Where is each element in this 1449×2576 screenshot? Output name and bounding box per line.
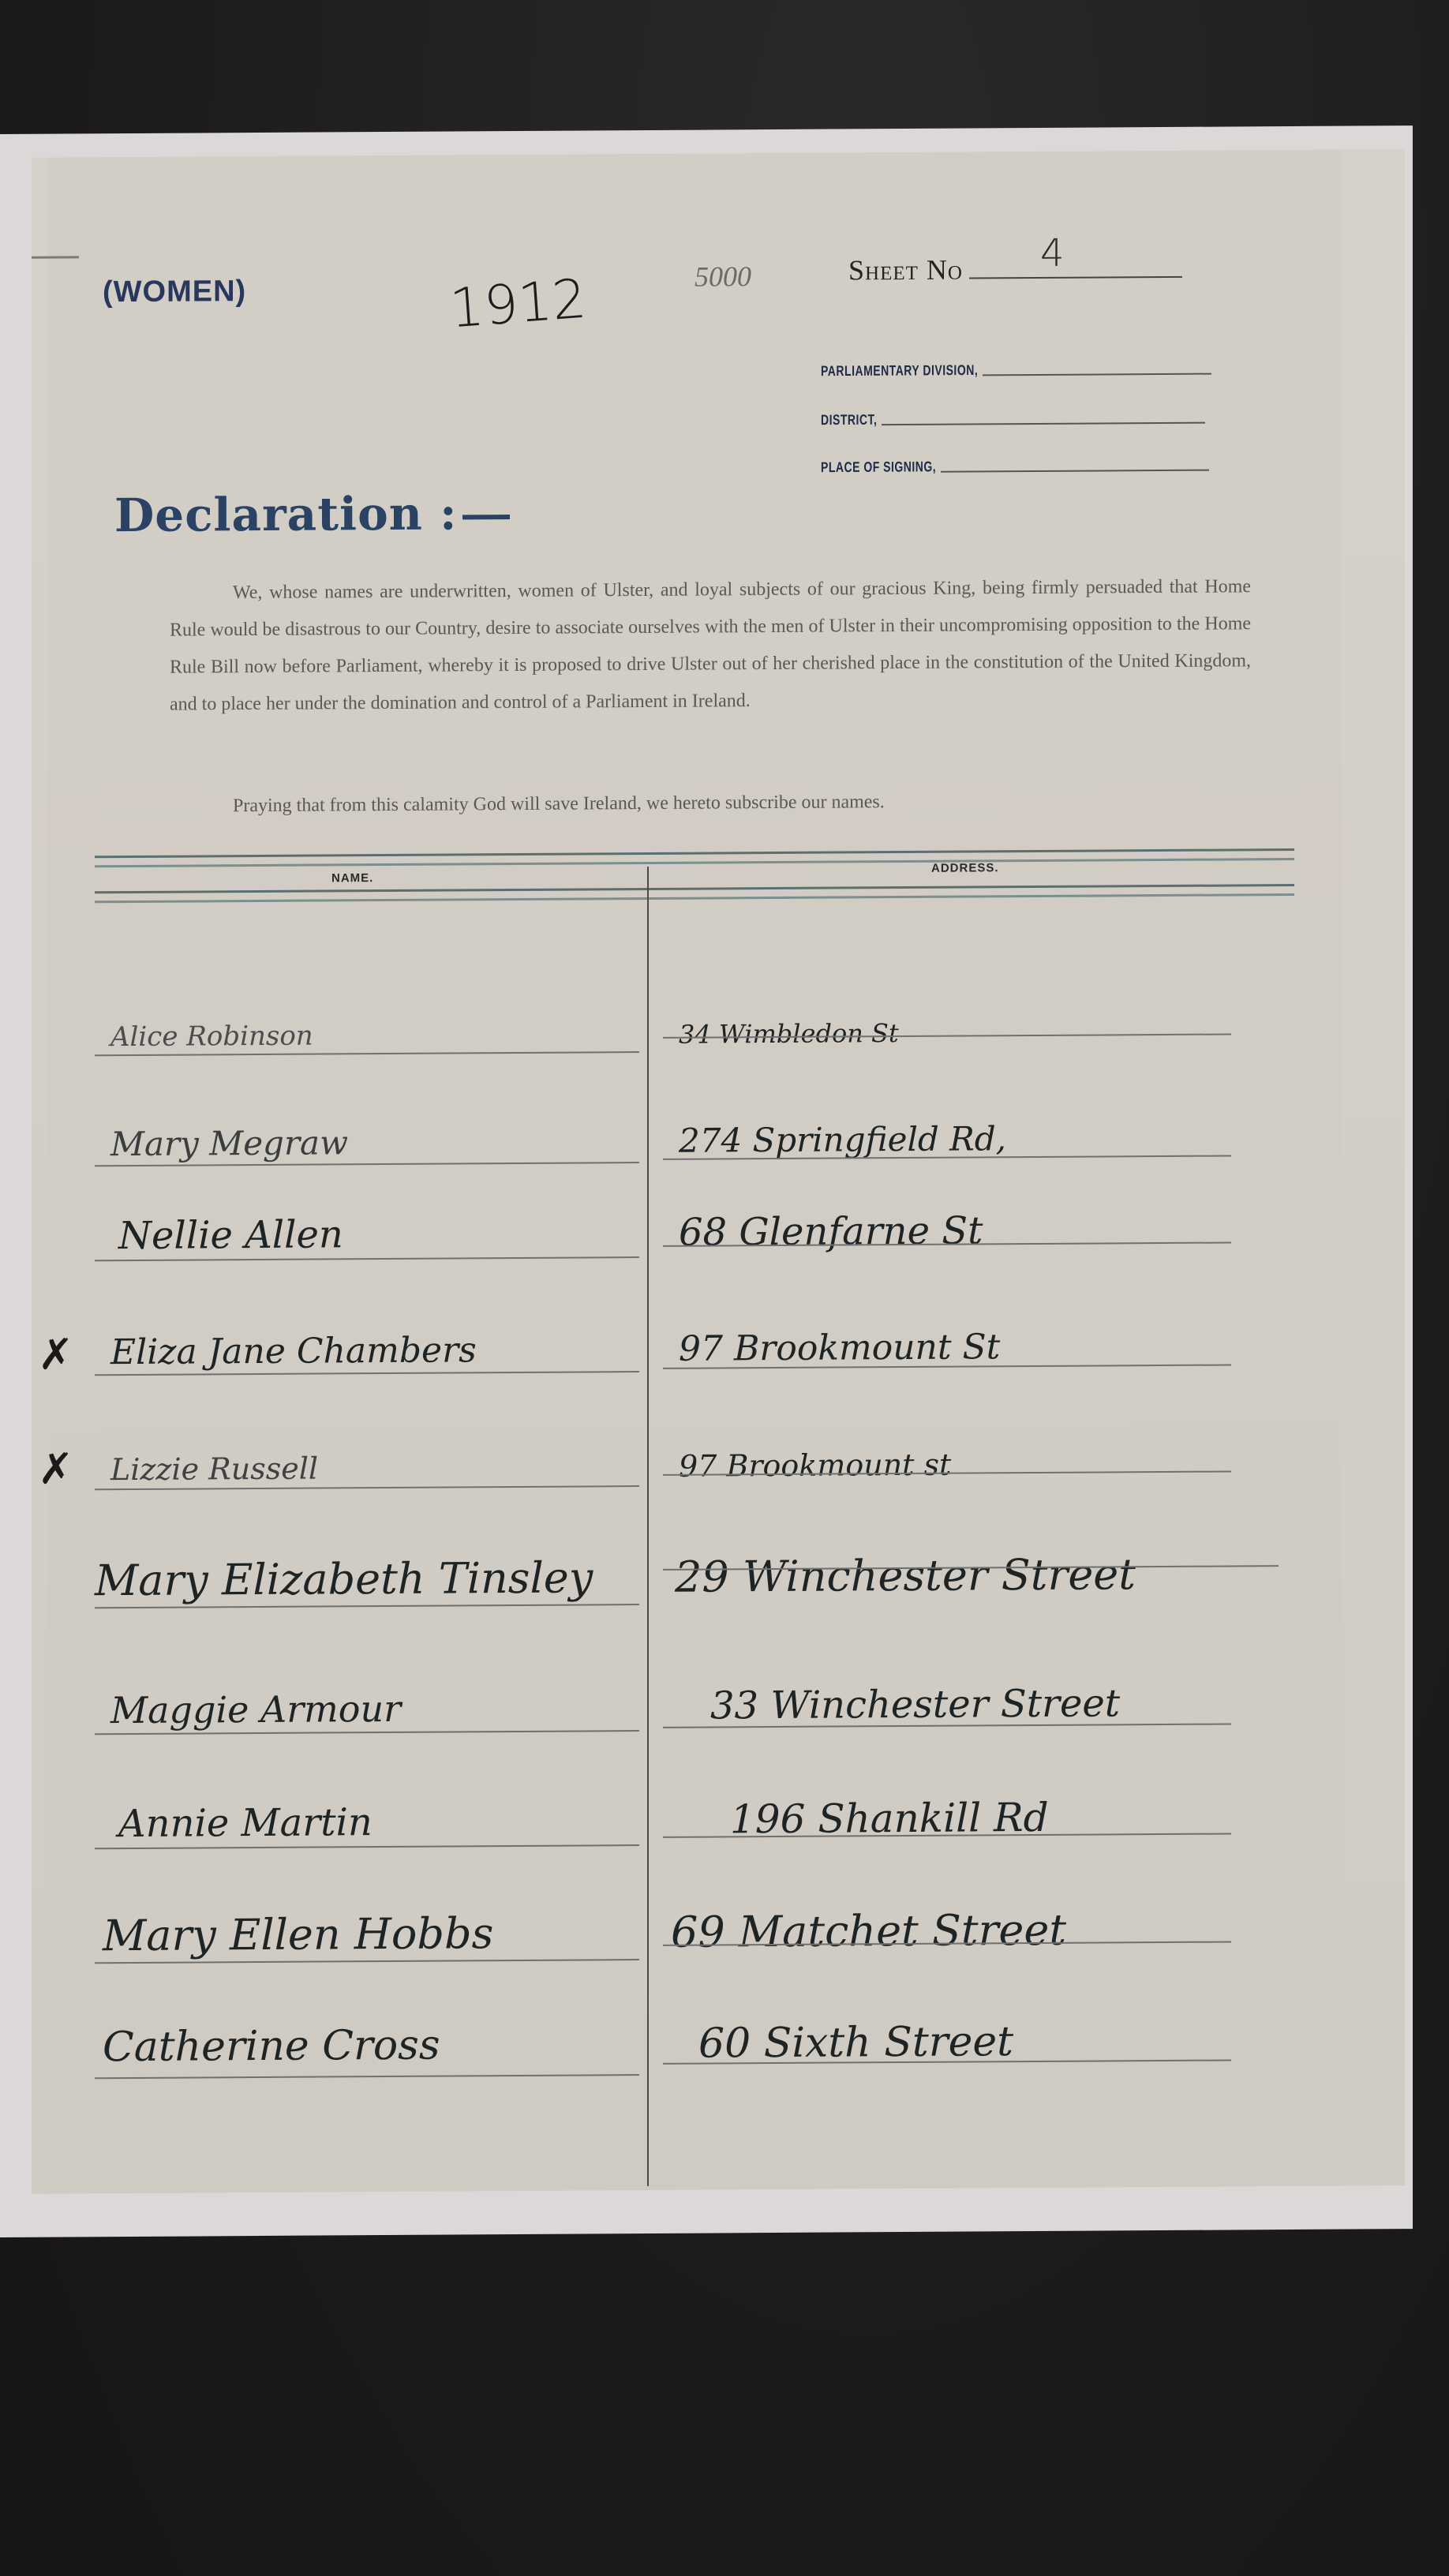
district-field[interactable]: DISTRICT, — [821, 411, 1205, 426]
sheet-number-field[interactable]: 4 — [969, 249, 1182, 279]
table-row: Nellie Allen 68 Glenfarne St — [95, 1172, 1294, 1266]
signer-address: 60 Sixth Street — [698, 2018, 1013, 2067]
table-row: Mary Megraw 274 Springfield Rd, — [95, 1077, 1294, 1171]
declaration-title-text: Declaration : — [114, 486, 458, 542]
table-row: Mary Elizabeth Tinsley 29 Winchester Str… — [95, 1519, 1294, 1613]
print-count: 5000 — [695, 260, 751, 293]
signer-name: Nellie Allen — [118, 1212, 343, 1258]
table-header-bottom-rule — [95, 884, 1294, 903]
column-header-address: ADDRESS. — [931, 861, 999, 875]
parliamentary-division-label: PARLIAMENTARY DIVISION, — [821, 361, 978, 379]
printed-sheet: (WOMEN) 1912 5000 Sheet No 4 PARLIAMENTA… — [32, 149, 1405, 2194]
signatures-table: NAME. ADDRESS. Alice Robinson 34 Wimbled… — [95, 848, 1294, 2189]
signer-address: 34 Wimbledon St — [679, 1018, 899, 1050]
signer-name: Maggie Armour — [110, 1687, 401, 1732]
place-of-signing-field[interactable]: PLACE OF SIGNING, — [821, 459, 1209, 474]
handwritten-year: 1912 — [447, 268, 588, 341]
sheet-number-value: 4 — [1040, 231, 1065, 275]
parliamentary-division-field[interactable]: PARLIAMENTARY DIVISION, — [821, 362, 1211, 377]
name-line — [95, 2074, 639, 2079]
signer-name: Mary Megraw — [110, 1123, 348, 1163]
district-label: DISTRICT, — [821, 411, 877, 428]
signer-address: 97 Brookmount St — [679, 1327, 1000, 1368]
signer-name: Alice Robinson — [110, 1020, 313, 1054]
table-row: Alice Robinson 34 Wimbledon St — [95, 967, 1294, 1061]
table-row: Mary Ellen Hobbs 69 Matchet Street — [95, 1874, 1294, 1968]
signer-name: Annie Martin — [118, 1800, 373, 1846]
row-mark-icon: ✗ — [38, 1329, 73, 1379]
sheet-number: Sheet No 4 — [848, 249, 1182, 287]
column-header-name: NAME. — [331, 871, 373, 885]
table-row: ✗ Lizzie Russell 97 Brookmount st — [95, 1401, 1294, 1495]
signer-name: Mary Elizabeth Tinsley — [95, 1552, 593, 1605]
signer-name: Lizzie Russell — [110, 1451, 318, 1488]
signer-name: Mary Ellen Hobbs — [103, 1908, 493, 1960]
row-mark-icon: ✗ — [38, 1443, 73, 1493]
table-row: Catherine Cross 60 Sixth Street — [95, 1985, 1294, 2079]
signer-address: 33 Winchester Street — [710, 1681, 1120, 1728]
prayer-text: Praying that from this calamity God will… — [233, 792, 885, 817]
table-row: ✗ Eliza Jane Chambers 97 Brookmount St — [95, 1286, 1294, 1380]
signer-name: Catherine Cross — [103, 2022, 440, 2072]
signer-name: Eliza Jane Chambers — [110, 1330, 477, 1372]
table-row: Maggie Armour 33 Winchester Street — [95, 1646, 1294, 1739]
sheet-number-label: Sheet No — [848, 253, 963, 287]
signer-address: 29 Winchester Street — [675, 1549, 1136, 1602]
signer-address: 68 Glenfarne St — [679, 1208, 983, 1254]
form-label: (WOMEN) — [103, 275, 246, 309]
table-row: Annie Martin 196 Shankill Rd — [95, 1760, 1294, 1854]
declaration-title: Declaration : — [114, 486, 510, 542]
title-dash — [462, 515, 510, 519]
signer-address: 69 Matchet Street — [671, 1905, 1066, 1957]
signer-address: 97 Brookmount st — [679, 1447, 951, 1484]
declaration-text: We, whose names are underwritten, women … — [170, 568, 1251, 723]
document-paper: (WOMEN) 1912 5000 Sheet No 4 PARLIAMENTA… — [0, 125, 1413, 2237]
place-of-signing-label: PLACE OF SIGNING, — [821, 458, 936, 475]
signer-address: 274 Springfield Rd, — [679, 1119, 1006, 1160]
corner-mark — [32, 256, 79, 258]
